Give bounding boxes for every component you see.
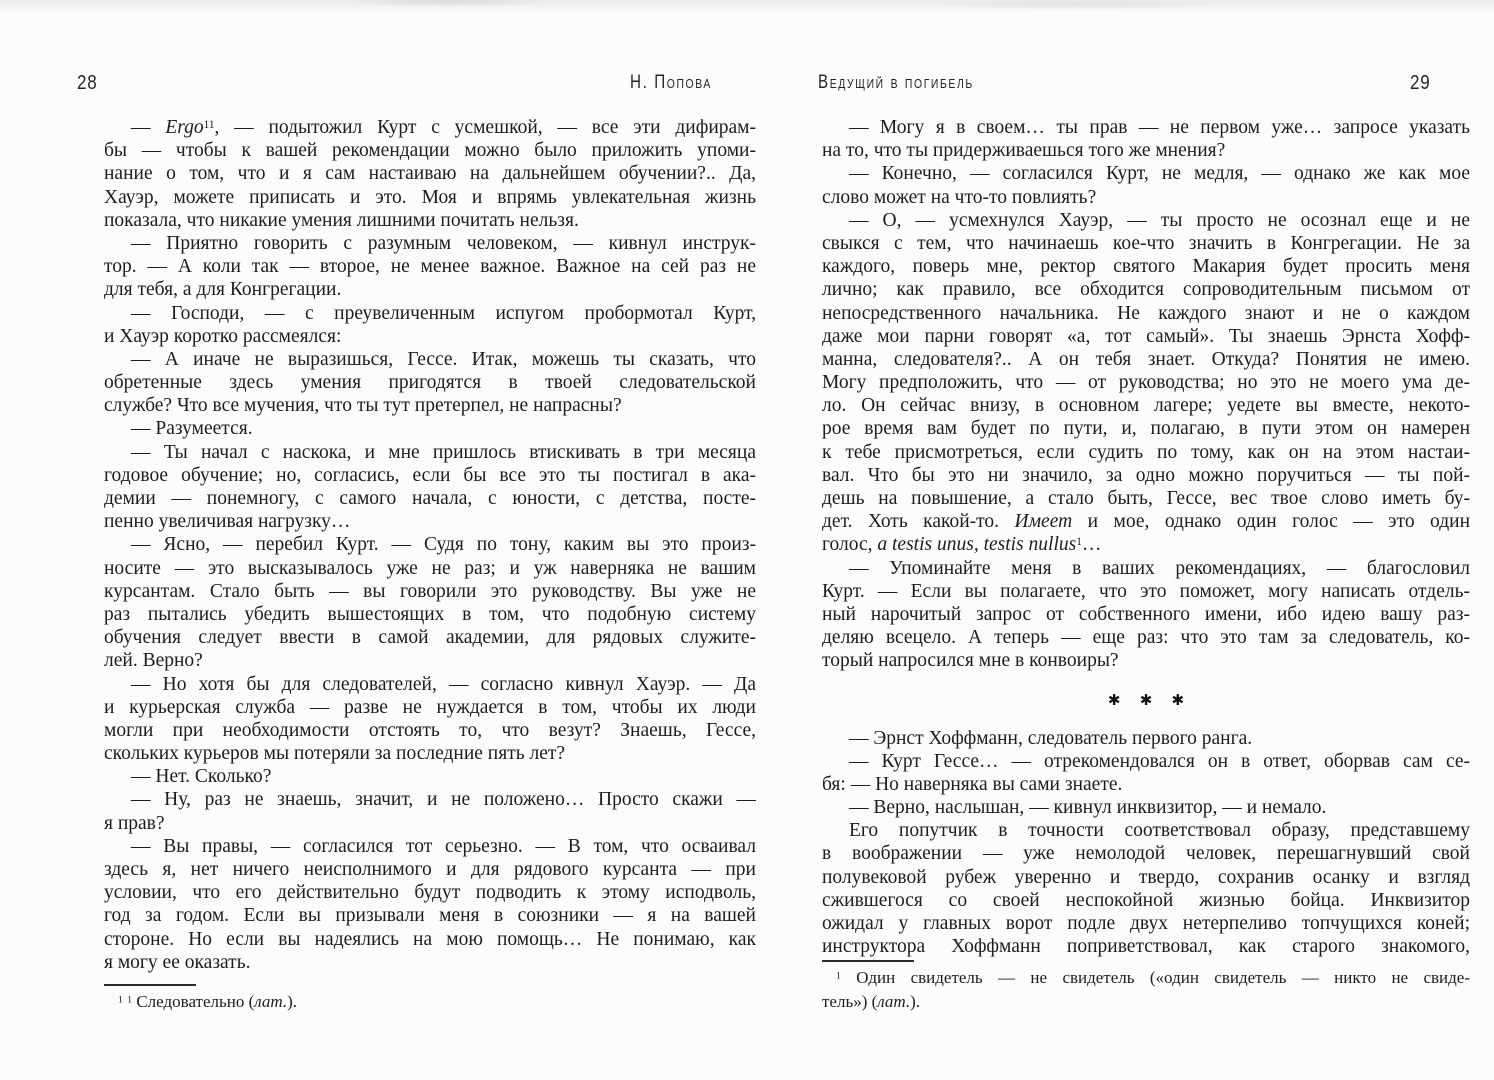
text-line: ло. Он сейчас внизу, в основном лагере; … [822, 394, 1470, 417]
text-line: дет. Хоть какой-то. Имеет и мое, однако … [822, 510, 1470, 533]
text-line: Хауэр, можете приписать и это. Моя и впр… [104, 186, 756, 209]
text-line: обучения следует ввести в самой академии… [104, 626, 756, 649]
page-text-right: — Могу я в своем… ты прав — не первом уж… [822, 116, 1470, 958]
text-line: — Конечно, — согласился Курт, не медля, … [822, 162, 1470, 185]
text-line: — Господи, — с преувеличенным испугом пр… [104, 302, 756, 325]
text-line: демии — понемногу, с самого начала, с юн… [104, 487, 756, 510]
text-line: и Хауэр коротко рассмеялся: [104, 325, 756, 348]
text-line: голос, a testis unus, testis nullus1… [822, 533, 1470, 556]
text-line: обретенные здесь умения пригодятся в тво… [104, 371, 756, 394]
text-line: — А иначе не выразишься, Гессе. Итак, мо… [104, 348, 756, 371]
text-line: нание о том, что и я сам настаиваю на да… [104, 162, 756, 185]
footnote-rule [822, 960, 914, 962]
text-line: на то, что ты придерживаешься того же мн… [822, 139, 1470, 162]
text-line: полувековой рубеж уверенно и твердо, сох… [822, 866, 1470, 889]
footnote-text: 1 1 Следовательно (лат.). [104, 990, 756, 1014]
text-line: условии, что его действительно будут под… [104, 881, 756, 904]
text-line: Его попутчик в точности соответствовал о… [822, 819, 1470, 842]
text-line: — Разумеется. [104, 417, 756, 440]
text-line: могли при необходимости отстоять то, что… [104, 719, 756, 742]
text-line: даже мои парни говорят «а, тот самый». Т… [822, 325, 1470, 348]
page-number-right: 29 [1410, 72, 1431, 95]
text-line: ожидал у главных ворот подле двух нетерп… [822, 912, 1470, 935]
text-line: — Могу я в своем… ты прав — не первом уж… [822, 116, 1470, 139]
text-line: — Ergo11, — подытожил Курт с усмешкой, —… [104, 116, 756, 139]
text-line: я могу ее оказать. [104, 951, 756, 974]
text-line: деляю всецело. А теперь — еще раз: что э… [822, 626, 1470, 649]
text-line: — Но хотя бы для следователей, — согласн… [104, 673, 756, 696]
text-line: — Ясно, — перебил Курт. — Судя по тону, … [104, 533, 756, 556]
text-line: — Эрнст Хоффманн, следователь первого ра… [822, 727, 1470, 750]
text-line: каждого, поверь мне, ректор святого Мака… [822, 255, 1470, 278]
page-number-left: 28 [77, 72, 98, 95]
text-line: — Упоминайте меня в ваших рекомендациях,… [822, 557, 1470, 580]
text-line: рое время вам будет по пути, и, полагаю,… [822, 417, 1470, 440]
text-line: лично; как правило, все обходится сопров… [822, 278, 1470, 301]
text-line: — Ну, раз не знаешь, значит, и не положе… [104, 788, 756, 811]
text-line: сжившегося со своей неспокойной жизнью б… [822, 889, 1470, 912]
text-line: пенно увеличивая нагрузку… [104, 510, 756, 533]
text-line: скольких курьеров мы потеряли за последн… [104, 742, 756, 765]
text-line: Могу предположить, что — от руководства;… [822, 371, 1470, 394]
text-line: лей. Верно? [104, 649, 756, 672]
footnote-text: 1 Один свидетель — не свидетель («один с… [822, 966, 1470, 1013]
text-line: бя: — Но наверняка вы сами знаете. [822, 773, 1470, 796]
text-line: — Нет. Сколько? [104, 765, 756, 788]
text-line: 1 Один свидетель — не свидетель («один с… [822, 966, 1470, 990]
text-line: службе? Что все мучения, что ты тут прет… [104, 394, 756, 417]
section-break: ✱ ✱ ✱ [822, 673, 1470, 727]
text-line: годовое обучение; но, согласись, если бы… [104, 464, 756, 487]
text-line: здесь я, нет ничего неисполнимого и для … [104, 858, 756, 881]
text-line: Курт. — Если вы полагаете, что это помож… [822, 580, 1470, 603]
text-line: слово может на что-то повлиять? [822, 186, 1470, 209]
text-line: дешь на повышение, а стало быть, Гессе, … [822, 487, 1470, 510]
text-line: стороне. Но если вы надеялись на мою пом… [104, 928, 756, 951]
text-line: я прав? [104, 812, 756, 835]
text-line: вал. Что бы это ни значило, за одно можн… [822, 464, 1470, 487]
page-text-left: — Ergo11, — подытожил Курт с усмешкой, —… [104, 116, 756, 974]
text-line: курсантам. Стало быть — вы говорили это … [104, 580, 756, 603]
text-line: — Ты начал с наскока, и мне пришлось вти… [104, 441, 756, 464]
text-line: свыкся с тем, что начинаешь кое-что знач… [822, 232, 1470, 255]
text-line: к тебе присмотреться, если судить по том… [822, 441, 1470, 464]
footnote-rule [104, 984, 196, 986]
text-line: — Верно, наслышан, — кивнул инквизитор, … [822, 796, 1470, 819]
footnote-right: 1 Один свидетель — не свидетель («один с… [822, 960, 1470, 1013]
text-line: — Приятно говорить с разумным человеком,… [104, 232, 756, 255]
text-line: бы — чтобы к вашей рекомендации можно бы… [104, 139, 756, 162]
running-head-right: Ведущий в погибель [818, 72, 974, 94]
footnote-left: 1 1 Следовательно (лат.). [104, 984, 756, 1014]
text-line: год за годом. Если вы призывали меня в с… [104, 904, 756, 927]
text-line: — Вы правы, — согласился тот серьезно. —… [104, 835, 756, 858]
text-line: — Курт Гессе… — отрекомендовался он в от… [822, 750, 1470, 773]
text-line: показала, что никакие умения лишними поч… [104, 209, 756, 232]
text-line: ный нарочитый запрос от собственного име… [822, 603, 1470, 626]
text-line: носите — это высказывалось уже не раз; и… [104, 557, 756, 580]
text-line: 1 1 Следовательно (лат.). [104, 990, 756, 1014]
text-line: раз пытались убедить вышестоящих в том, … [104, 603, 756, 626]
text-line: для тебя, а для Конгрегации. [104, 278, 756, 301]
text-line: инструктора Хоффманн поприветствовал, ка… [822, 935, 1470, 958]
text-line: в воображении — уже немолодой человек, п… [822, 842, 1470, 865]
running-head-left: Н. Попова [630, 72, 712, 94]
text-line: тель») (лат.). [822, 990, 1470, 1014]
text-line: и курьерская служба — разве не нуждается… [104, 696, 756, 719]
text-line: непосредственного начальника. Не каждого… [822, 302, 1470, 325]
text-line: тор. — А коли так — второе, не менее важ… [104, 255, 756, 278]
text-line: торый напросился мне в конвоиры? [822, 649, 1470, 672]
book-spread-scan: 28 Н. Попова — Ergo11, — подытожил Курт … [0, 0, 1494, 1080]
text-line: манна, следователя?.. А он тебя знает. О… [822, 348, 1470, 371]
text-line: — О, — усмехнулся Хауэр, — ты просто не … [822, 209, 1470, 232]
